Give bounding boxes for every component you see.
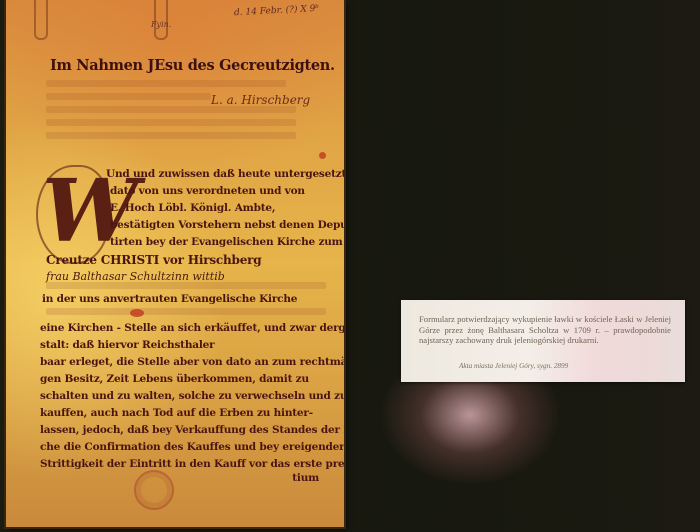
faded-text — [46, 106, 296, 113]
text-line: in der uns anvertrauten Evangelische Kir… — [42, 293, 297, 305]
text-line: tium — [40, 472, 319, 484]
text-line: gen Besitz, Zeit Lebens überkommen, dami… — [40, 373, 309, 385]
handwritten-date-note: d. 14 Febr. (?) X 9ᵇ — [234, 4, 319, 18]
text-line: kauffen, auch nach Tod auf die Erben zu … — [40, 407, 313, 419]
faded-text — [46, 80, 286, 87]
handwritten-signature: L. a. Hirschberg — [211, 93, 310, 107]
text-line: Creutze CHRISTI vor Hirschberg — [46, 253, 262, 267]
text-line: schalten und zu walten, solche zu verwec… — [40, 390, 344, 402]
caption-source: Akta miasta Jeleniej Góry, sygn. 2899 — [459, 362, 568, 370]
red-stain — [130, 309, 144, 317]
text-line: stalt: daß hiervor Reichsthaler — [40, 339, 214, 351]
faded-text — [46, 308, 326, 315]
faded-text — [46, 132, 296, 139]
text-line: Und und zuwissen daß heute untergesetzte… — [106, 168, 344, 180]
faded-text — [46, 282, 326, 289]
faded-text — [46, 93, 211, 100]
text-line: Strittigkeit der Eintritt in den Kauff v… — [40, 458, 344, 470]
faded-text — [46, 119, 296, 126]
seal-stamp — [134, 470, 174, 510]
text-line: bestätigten Vorstehern nebst denen Depu- — [110, 219, 344, 231]
historic-document: Fyin. d. 14 Febr. (?) X 9ᵇ Im Nahmen JEs… — [6, 0, 344, 527]
caption-placard: Formularz potwierdzający wykupienie ławk… — [401, 300, 685, 382]
text-line: tirten bey der Evangelischen Kirche zum — [110, 236, 343, 248]
text-line: E. Hoch Löbl. Königl. Ambte, — [110, 202, 275, 214]
decorative-initial: W — [42, 162, 106, 262]
text-line: che die Confirmation des Kauffes und bey… — [40, 441, 344, 453]
mount-clip — [34, 0, 48, 40]
text-line: lassen, jedoch, daß bey Verkauffung des … — [40, 424, 344, 436]
caption-text: Formularz potwierdzający wykupienie ławk… — [419, 314, 671, 346]
red-stain — [319, 152, 326, 159]
document-title: Im Nahmen JEsu des Gecreutzigten. — [50, 57, 335, 74]
handwritten-note: Fyin. — [151, 20, 171, 29]
text-line: baar erleget, die Stelle aber von dato a… — [40, 356, 344, 368]
text-line: dato von uns verordneten und von — [110, 185, 305, 197]
text-line: eine Kirchen - Stelle an sich erkäuffet,… — [40, 322, 344, 334]
